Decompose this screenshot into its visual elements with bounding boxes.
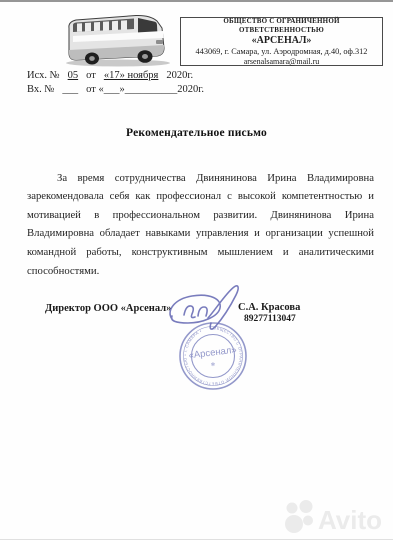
outgoing-prefix: Исх. №	[27, 70, 60, 81]
incoming-from: от «___»__________	[86, 84, 177, 95]
outgoing-ref-line: Исх. №05от«17» ноября2020г.	[27, 69, 204, 83]
handwritten-signature	[158, 285, 258, 339]
stamp-star-icon: ✻	[211, 362, 215, 368]
signer-position: Директор ООО «Арсенал»	[45, 303, 171, 314]
avito-watermark-text: Avito	[318, 505, 382, 535]
incoming-ref-line: Вх. №___от «___»__________2020г.	[27, 83, 204, 97]
letter-body: За время сотрудничества Двинянинова Ирин…	[27, 169, 374, 281]
reference-block: Исх. №05от«17» ноября2020г. Вх. №___от «…	[27, 69, 204, 97]
letterhead-box: ОБЩЕСТВО С ОГРАНИЧЕННОЙ ОТВЕТСТВЕННОСТЬЮ…	[180, 17, 383, 66]
incoming-prefix: Вх. №	[27, 84, 54, 95]
org-address: 443069, г. Самара, ул. Аэродромная, д.40…	[196, 47, 368, 57]
org-name: «АРСЕНАЛ»	[252, 35, 312, 47]
stamp-center-text: «Арсенал»	[188, 345, 237, 362]
outgoing-date: «17» ноября	[104, 70, 159, 81]
incoming-year: 2020г.	[177, 84, 204, 95]
scan-edge-top	[0, 0, 393, 2]
letter-title: Рекомендательное письмо	[0, 127, 393, 139]
outgoing-number: 05	[68, 70, 79, 81]
org-email: arsenalsamara@mail.ru	[244, 57, 320, 66]
incoming-blank: ___	[62, 84, 78, 95]
avito-watermark: Avito	[283, 499, 391, 537]
scanned-letter-page: ОБЩЕСТВО С ОГРАНИЧЕННОЙ ОТВЕТСТВЕННОСТЬЮ…	[0, 0, 393, 540]
outgoing-year: 2020г.	[166, 70, 193, 81]
outgoing-from: от	[86, 70, 96, 81]
bus-image	[60, 12, 175, 68]
org-legal-form: ОБЩЕСТВО С ОГРАНИЧЕННОЙ ОТВЕТСТВЕННОСТЬЮ	[181, 17, 382, 35]
